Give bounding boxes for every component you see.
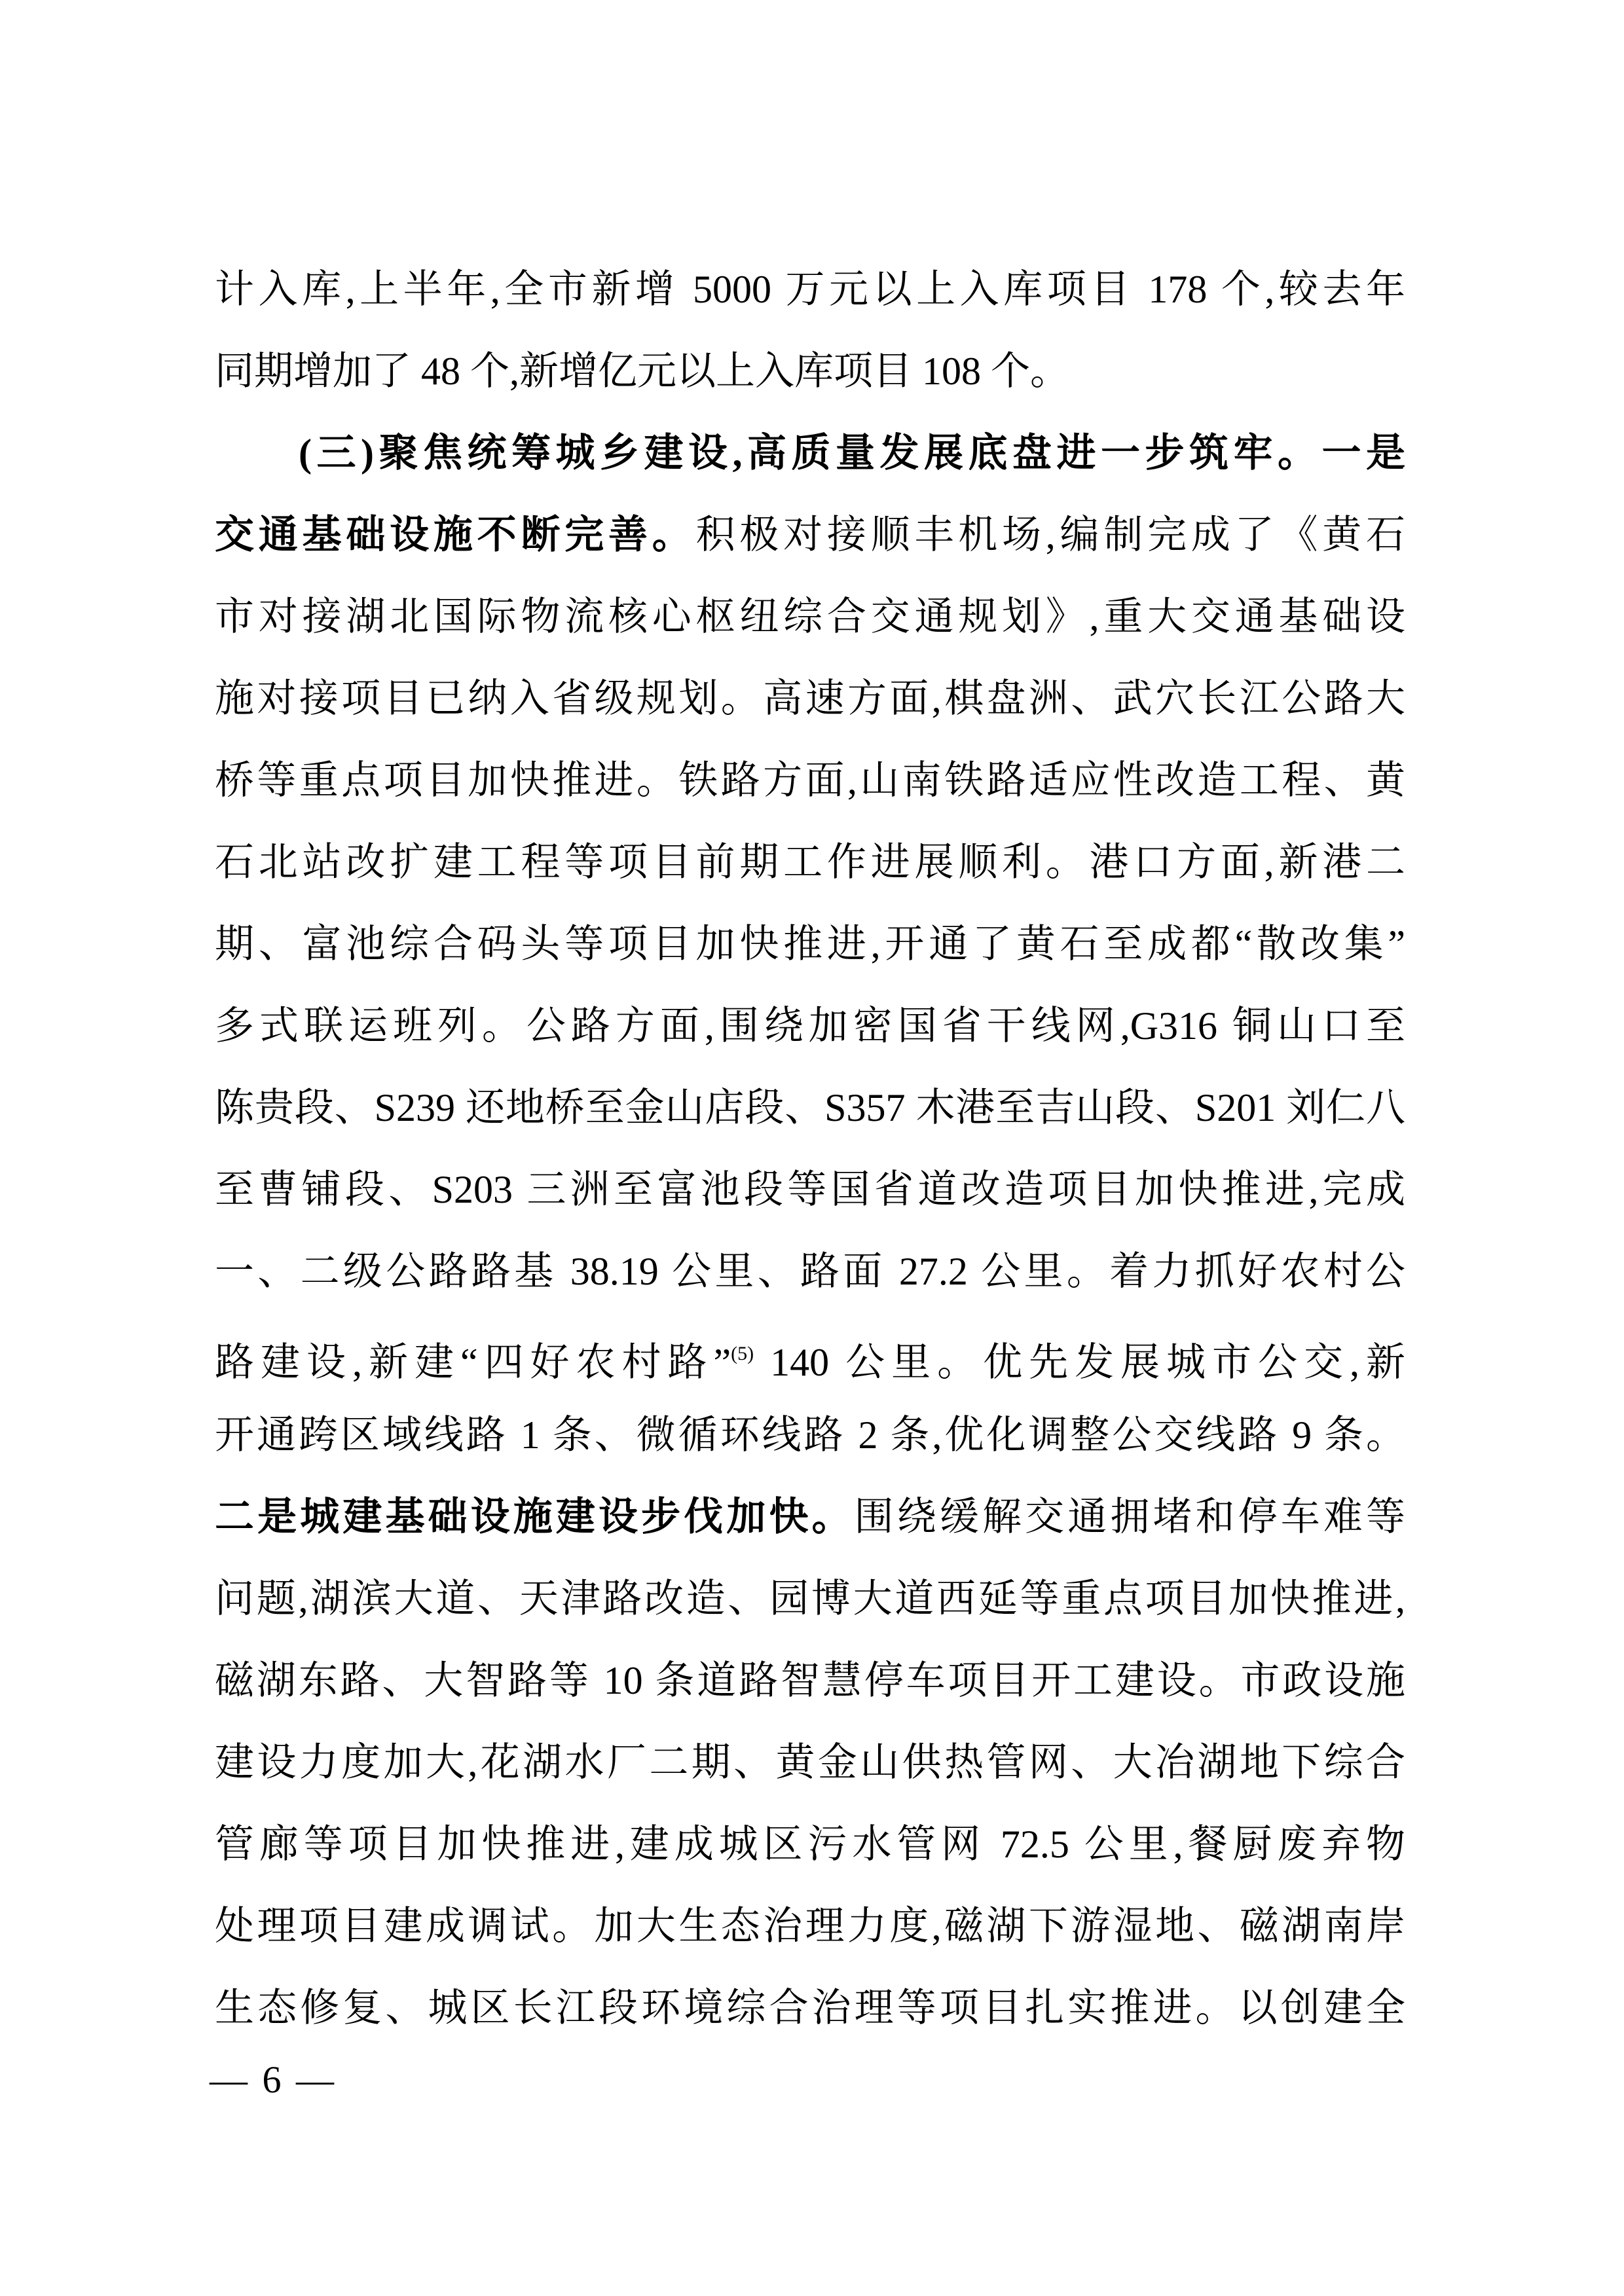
text-segment: 路建设,新建“四好农村路” <box>215 1341 731 1384</box>
text-segment: 建设力度加大,花湖水厂二期、黄金山供热管网、大冶湖地下综合 <box>215 1741 1405 1784</box>
text-segment: 至曹铺段、S203 三洲至富池段等国省道改造项目加快推进,完成 <box>215 1168 1405 1211</box>
text-segment: 开通跨区域线路 1 条、微循环线路 2 条,优化调整公交线路 9 条。 <box>215 1413 1405 1457</box>
text-line: 计入库,上半年,全市新增 5000 万元以上入库项目 178 个,较去年 <box>215 249 1405 331</box>
text-line: (三)聚焦统筹城乡建设,高质量发展底盘进一步筑牢。一是 <box>215 412 1405 494</box>
text-segment: 施对接项目已纳入省级规划。高速方面,棋盘洲、武穴长江公路大 <box>215 677 1405 720</box>
text-segment: 管廊等项目加快推进,建成城区污水管网 72.5 公里,餐厨废弃物 <box>215 1823 1405 1866</box>
footnote-ref: (5) <box>731 1343 754 1364</box>
text-segment: 二是城建基础设施建设步伐加快。 <box>215 1495 855 1539</box>
text-segment: 多式联运班列。公路方面,围绕加密国省干线网,G316 铜山口至 <box>215 1004 1405 1048</box>
text-line: 生态修复、城区长江段环境综合治理等项目扎实推进。以创建全 <box>215 1967 1405 2049</box>
text-segment: 同期增加了 48 个,新增亿元以上入库项目 108 个。 <box>215 350 1069 393</box>
text-line: 至曹铺段、S203 三洲至富池段等国省道改造项目加快推进,完成 <box>215 1149 1405 1231</box>
text-line: 市对接湖北国际物流核心枢纽综合交通规划》,重大交通基础设 <box>215 576 1405 658</box>
text-line: 开通跨区域线路 1 条、微循环线路 2 条,优化调整公交线路 9 条。 <box>215 1394 1405 1476</box>
text-line: 同期增加了 48 个,新增亿元以上入库项目 108 个。 <box>215 331 1405 412</box>
document-body: 计入库,上半年,全市新增 5000 万元以上入库项目 178 个,较去年同期增加… <box>215 249 1405 2049</box>
text-segment: 期、富池综合码头等项目加快推进,开通了黄石至成都“散改集” <box>215 922 1405 966</box>
text-line: 管廊等项目加快推进,建成城区污水管网 72.5 公里,餐厨废弃物 <box>215 1804 1405 1886</box>
text-segment: 一、二级公路路基 38.19 公里、路面 27.2 公里。着力抓好农村公 <box>215 1250 1405 1293</box>
text-segment: 交通基础设施不断完善。 <box>215 513 696 556</box>
text-segment: 积极对接顺丰机场,编制完成了《黄石 <box>696 513 1405 556</box>
text-line: 一、二级公路路基 38.19 公里、路面 27.2 公里。着力抓好农村公 <box>215 1231 1405 1313</box>
text-segment: 桥等重点项目加快推进。铁路方面,山南铁路适应性改造工程、黄 <box>215 759 1405 802</box>
text-line: 交通基础设施不断完善。积极对接顺丰机场,编制完成了《黄石 <box>215 494 1405 576</box>
text-segment: 市对接湖北国际物流核心枢纽综合交通规划》,重大交通基础设 <box>215 595 1405 638</box>
text-segment: 围绕缓解交通拥堵和停车难等 <box>855 1495 1405 1539</box>
text-segment: 问题,湖滨大道、天津路改造、园博大道西延等重点项目加快推进, <box>215 1577 1405 1620</box>
text-line: 建设力度加大,花湖水厂二期、黄金山供热管网、大冶湖地下综合 <box>215 1722 1405 1804</box>
text-line: 磁湖东路、大智路等 10 条道路智慧停车项目开工建设。市政设施 <box>215 1640 1405 1722</box>
text-line: 处理项目建成调试。加大生态治理力度,磁湖下游湿地、磁湖南岸 <box>215 1886 1405 1967</box>
text-line: 期、富池综合码头等项目加快推进,开通了黄石至成都“散改集” <box>215 903 1405 985</box>
text-segment: 磁湖东路、大智路等 10 条道路智慧停车项目开工建设。市政设施 <box>215 1659 1405 1702</box>
text-segment: (三)聚焦统筹城乡建设,高质量发展底盘进一步筑牢。一是 <box>299 431 1405 475</box>
page-number: — 6 — <box>210 2057 337 2103</box>
text-line: 二是城建基础设施建设步伐加快。围绕缓解交通拥堵和停车难等 <box>215 1476 1405 1558</box>
text-segment: 计入库,上半年,全市新增 5000 万元以上入库项目 178 个,较去年 <box>215 268 1405 311</box>
text-line: 路建设,新建“四好农村路”(5) 140 公里。优先发展城市公交,新 <box>215 1313 1405 1394</box>
text-line: 施对接项目已纳入省级规划。高速方面,棋盘洲、武穴长江公路大 <box>215 658 1405 740</box>
text-segment: 陈贵段、S239 还地桥至金山店段、S357 木港至吉山段、S201 刘仁八 <box>215 1086 1405 1129</box>
text-line: 陈贵段、S239 还地桥至金山店段、S357 木港至吉山段、S201 刘仁八 <box>215 1067 1405 1149</box>
text-line: 多式联运班列。公路方面,围绕加密国省干线网,G316 铜山口至 <box>215 985 1405 1067</box>
text-line: 石北站改扩建工程等项目前期工作进展顺利。港口方面,新港二 <box>215 822 1405 903</box>
text-line: 问题,湖滨大道、天津路改造、园博大道西延等重点项目加快推进, <box>215 1558 1405 1640</box>
text-segment: 生态修复、城区长江段环境综合治理等项目扎实推进。以创建全 <box>215 1986 1405 2030</box>
text-segment: 140 公里。优先发展城市公交,新 <box>754 1341 1405 1384</box>
text-segment: 处理项目建成调试。加大生态治理力度,磁湖下游湿地、磁湖南岸 <box>215 1904 1405 1948</box>
document-page: 计入库,上半年,全市新增 5000 万元以上入库项目 178 个,较去年同期增加… <box>0 0 1624 2296</box>
text-segment: 石北站改扩建工程等项目前期工作进展顺利。港口方面,新港二 <box>215 841 1405 884</box>
text-line: 桥等重点项目加快推进。铁路方面,山南铁路适应性改造工程、黄 <box>215 740 1405 822</box>
